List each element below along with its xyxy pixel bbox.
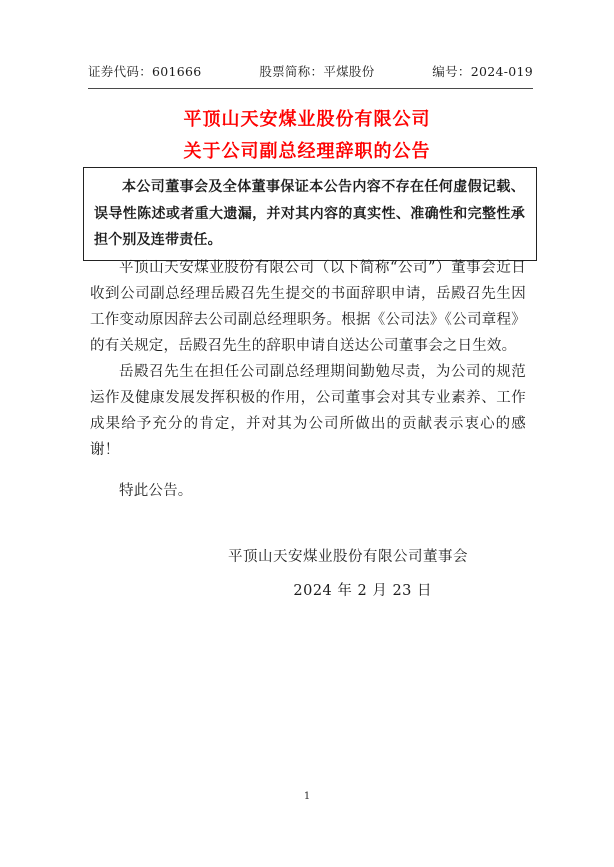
announcement-number: 编号：2024-019 <box>432 62 533 80</box>
closing-line: 特此公告。 <box>90 478 526 504</box>
signature-date: 2024 年 2 月 23 日 <box>293 579 432 600</box>
disclaimer-text: 本公司董事会及全体董事保证本公告内容不存在任何虚假记载、误导性陈述或者重大遗漏，… <box>94 174 525 254</box>
signature-company: 平顶山天安煤业股份有限公司董事会 <box>228 545 468 566</box>
announcement-title: 平顶山天安煤业股份有限公司 关于公司副总经理辞职的公告 <box>0 104 614 168</box>
stock-code: 证券代码：601666 <box>88 62 202 80</box>
disclaimer-box: 本公司董事会及全体董事保证本公告内容不存在任何虚假记载、误导性陈述或者重大遗漏，… <box>83 167 537 261</box>
announcement-subject-title: 关于公司副总经理辞职的公告 <box>0 136 614 168</box>
stock-short-name: 股票简称：平煤股份 <box>259 62 374 80</box>
company-name-title: 平顶山天安煤业股份有限公司 <box>0 104 614 136</box>
body-paragraph-2: 岳殿召先生在担任公司副总经理期间勤勉尽责，为公司的规范运作及健康发展发挥积极的作… <box>90 359 526 463</box>
announcement-page: 证券代码：601666 股票简称：平煤股份 编号：2024-019 平顶山天安煤… <box>0 0 614 867</box>
doc-body: 平顶山天安煤业股份有限公司（以下简称“公司”）董事会近日收到公司副总经理岳殿召先… <box>90 255 526 504</box>
doc-header: 证券代码：601666 股票简称：平煤股份 编号：2024-019 <box>88 62 533 89</box>
body-paragraph-1: 平顶山天安煤业股份有限公司（以下简称“公司”）董事会近日收到公司副总经理岳殿召先… <box>90 255 526 359</box>
page-number: 1 <box>0 791 614 802</box>
